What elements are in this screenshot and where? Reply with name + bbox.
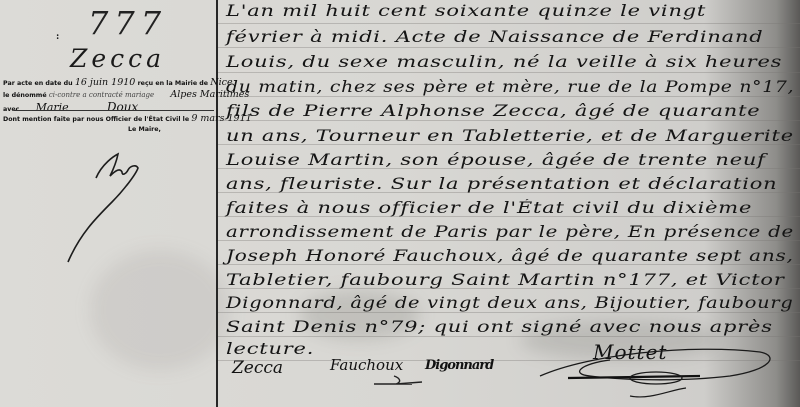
margin-annotation-line-2: Par acte en date du le dénommé ci-contre…: [3, 89, 249, 100]
record-line: Joseph Honoré Fauchoux, âgé de quarante …: [226, 247, 794, 265]
margin-underline: [14, 110, 214, 111]
officer-signature-flourish: [530, 330, 800, 407]
record-line: arrondissement de Paris par le père, En …: [226, 223, 794, 241]
record-line: L'an mil huit cent soixante quinze le vi…: [226, 2, 706, 20]
record-line: lecture.: [226, 340, 314, 358]
margin-annotation-line-3: avec Marie Doux: [3, 100, 138, 114]
record-line: un ans, Tourneur en Tabletterie, et de M…: [226, 127, 794, 145]
entry-number: 777: [88, 4, 167, 42]
margin-mark: :: [56, 32, 59, 42]
signature-digonnard: Digonnard: [425, 358, 493, 373]
margin-surname: Zecca: [70, 44, 165, 73]
register-page: 777 : Zecca Par acte en date du 16 juin …: [0, 0, 800, 407]
record-line: Tabletier, faubourg Saint Martin n°177, …: [226, 271, 785, 289]
record-line: fils de Pierre Alphonse Zecca, âgé de qu…: [226, 102, 760, 120]
signature-flourish: [372, 374, 432, 388]
margin-rule: [216, 0, 218, 407]
mayor-signature: [66, 150, 186, 280]
record-line: Louise Martin, son épouse, âgée de trent…: [226, 151, 766, 169]
record-line: ans, fleuriste. Sur la présentation et d…: [226, 175, 777, 193]
record-line: faites à nous officier de l'État civil d…: [226, 199, 752, 217]
record-line: Digonnard, âgé de vingt deux ans, Bijout…: [226, 294, 793, 312]
margin-annotation-line-4: Dont mention faite par nous Officier de …: [3, 113, 252, 124]
signature-fauchoux: Fauchoux: [330, 356, 403, 374]
margin-annotation-line-1: Par acte en date du 16 juin 1910 reçu en…: [3, 77, 233, 88]
margin-mayor-label: Le Maire,: [128, 126, 161, 133]
signature-zecca: Zecca: [232, 358, 283, 378]
record-line: février à midi. Acte de Naissance de Fer…: [226, 28, 763, 46]
record-line: Louis, du sexe masculin, né la veille à …: [226, 53, 782, 71]
record-line: du matin, chez ses père et mère, rue de …: [226, 78, 794, 96]
